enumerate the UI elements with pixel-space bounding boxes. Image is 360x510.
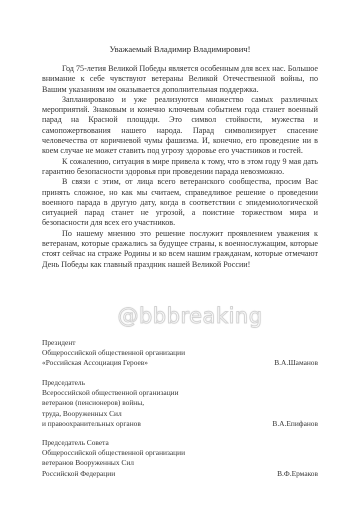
watermark: @bbbreaking xyxy=(100,304,280,328)
signatory-title: Председатель xyxy=(42,378,320,388)
letter-body: Год 75-летия Великой Победы является осо… xyxy=(42,64,318,270)
signatory-org: Всероссийской общественной организации xyxy=(42,388,320,398)
letter-page: Уважаемый Владимир Владимирович! Год 75-… xyxy=(0,0,360,510)
signatory-line: и правоохранительных органов В.А.Епифано… xyxy=(42,419,320,429)
signature-block-shamanov: Президент Общероссийской общественной ор… xyxy=(42,338,320,369)
signature-block-ermakov: Председатель Совета Общероссийской общес… xyxy=(42,438,320,479)
signatory-name: В.А.Шаманов xyxy=(274,358,318,368)
signatory-org: Общероссийской общественной организации xyxy=(42,348,320,358)
paragraph-1: Год 75-летия Великой Победы является осо… xyxy=(42,64,318,95)
signatory-org: «Российская Ассоциация Героев» xyxy=(42,358,148,368)
signatory-org: ветеранов Вооруженных Сил xyxy=(42,458,320,468)
signatory-line: Российской Федерации В.Ф.Ермаков xyxy=(42,469,320,479)
signature-block-epifanov: Председатель Всероссийской общественной … xyxy=(42,378,320,429)
signatory-name: В.Ф.Ермаков xyxy=(277,469,318,479)
signatory-title: Президент xyxy=(42,338,320,348)
paragraph-2: Запланировано и уже реализуются множеств… xyxy=(42,95,318,157)
signatory-org: ветеранов (пенсионеров) войны, xyxy=(42,398,320,408)
paragraph-5: По нашему мнению это решение послужит пр… xyxy=(42,229,318,270)
signatory-org: Российской Федерации xyxy=(42,469,115,479)
paragraph-4: В связи с этим, от лица всего ветеранско… xyxy=(42,177,318,228)
salutation: Уважаемый Владимир Владимирович! xyxy=(0,44,360,54)
signatory-name: В.А.Епифанов xyxy=(272,419,318,429)
signatory-line: «Российская Ассоциация Героев» В.А.Шаман… xyxy=(42,358,320,368)
paragraph-3: К сожалению, ситуация в мире привела к т… xyxy=(42,157,318,178)
signatory-title: Председатель Совета xyxy=(42,438,320,448)
signatory-org: Общероссийской общественной организации xyxy=(42,448,320,458)
signatory-org: труда, Вооруженных Сил xyxy=(42,409,320,419)
signatory-org: и правоохранительных органов xyxy=(42,419,141,429)
